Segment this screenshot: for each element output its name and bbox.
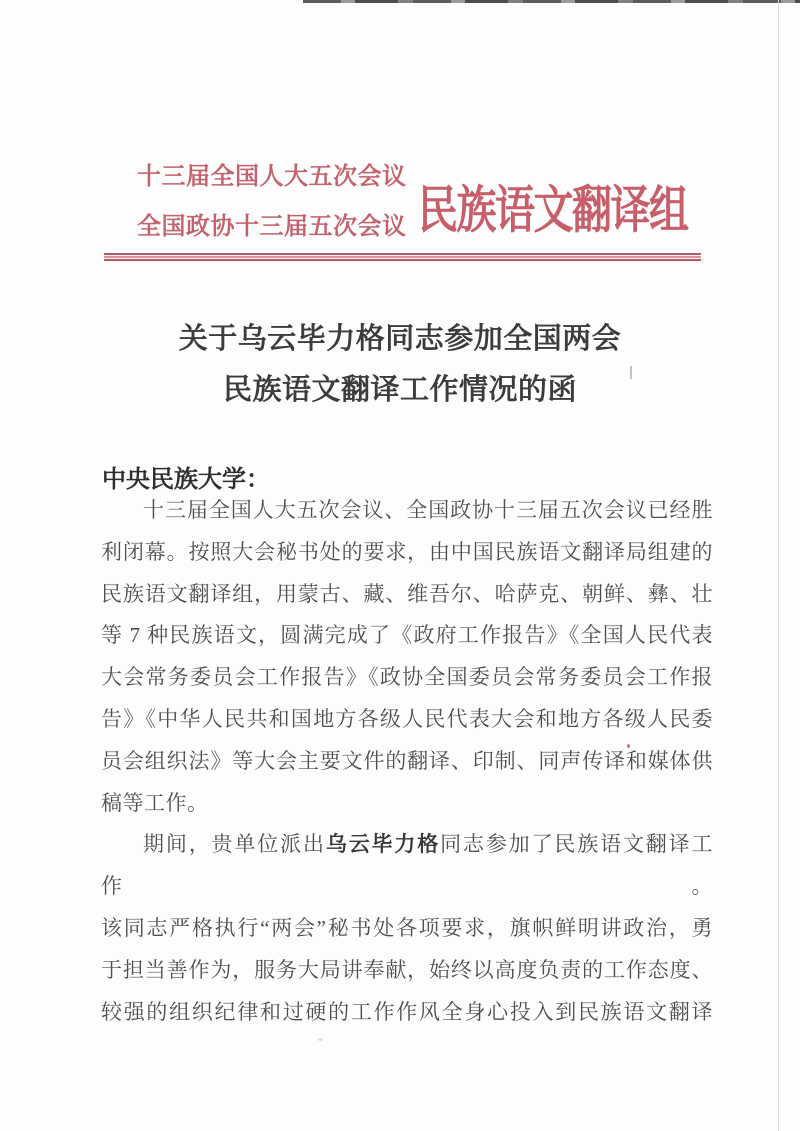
salutation: 中央民族大学：	[102, 459, 270, 494]
body-line: 等 7 种民族语文，圆满完成了《政府工作报告》《全国人民代表	[101, 615, 713, 657]
letterhead-session-line1: 十三届全国人大五次会议	[137, 152, 407, 202]
body-line: 较强的组织纪律和过硬的工作作风全身心投入到民族语文翻译	[101, 992, 713, 1034]
body-line: 该同志严格执行“两会”秘书处各项要求，旗帜鲜明讲政治，勇	[101, 908, 713, 950]
document-title-line1: 关于乌云毕力格同志参加全国两会	[0, 314, 800, 365]
document-title: 关于乌云毕力格同志参加全国两会 民族语文翻译工作情况的函	[0, 314, 800, 416]
body-line: 于担当善作为，服务大局讲奉献，始终以高度负责的工作态度、	[101, 950, 713, 992]
body-line: 十三届全国人大五次会议、全国政协十三届五次会议已经胜	[101, 490, 713, 532]
scan-artifact-top-edge	[303, 0, 800, 3]
scan-artifact-bottom-speck	[318, 1038, 323, 1041]
document-title-line2: 民族语文翻译工作情况的函	[0, 365, 800, 416]
letterhead-session-lines: 十三届全国人大五次会议 全国政协十三届五次会议	[137, 152, 407, 252]
body-line: 民族语文翻译组，用蒙古、藏、维吾尔、哈萨克、朝鲜、彝、壮	[101, 574, 713, 616]
letterhead-divider-rule	[104, 253, 701, 261]
body-line: 利闭幕。按照大会秘书处的要求，由中国民族语文翻译局组建的	[101, 532, 713, 574]
body-line: 期间，贵单位派出乌云毕力格同志参加了民族语文翻译工作。	[101, 824, 713, 908]
letterhead-organization-name: 民族语文翻译组	[418, 170, 688, 243]
body-line: 告》《中华人民共和国地方各级人民代表大会和地方各级人民委	[101, 699, 713, 741]
person-name-emphasis: 乌云毕力格	[326, 832, 440, 856]
body-line: 员会组织法》等大会主要文件的翻译、印制、同声传译和媒体供	[101, 741, 713, 783]
scan-artifact-right-edge	[778, 0, 779, 1131]
letterhead-session-line2: 全国政协十三届五次会议	[137, 202, 407, 252]
body-text-segment: 期间，贵单位派出	[143, 832, 326, 856]
scanned-letter-page: 十三届全国人大五次会议 全国政协十三届五次会议 民族语文翻译组 关于乌云毕力格同…	[0, 0, 800, 1131]
body-line: 大会常务委员会工作报告》《政协全国委员会常务委员会工作报	[101, 657, 713, 699]
body-line: 稿等工作。	[101, 783, 713, 825]
letter-body: 十三届全国人大五次会议、全国政协十三届五次会议已经胜 利闭幕。按照大会秘书处的要…	[101, 490, 713, 1033]
